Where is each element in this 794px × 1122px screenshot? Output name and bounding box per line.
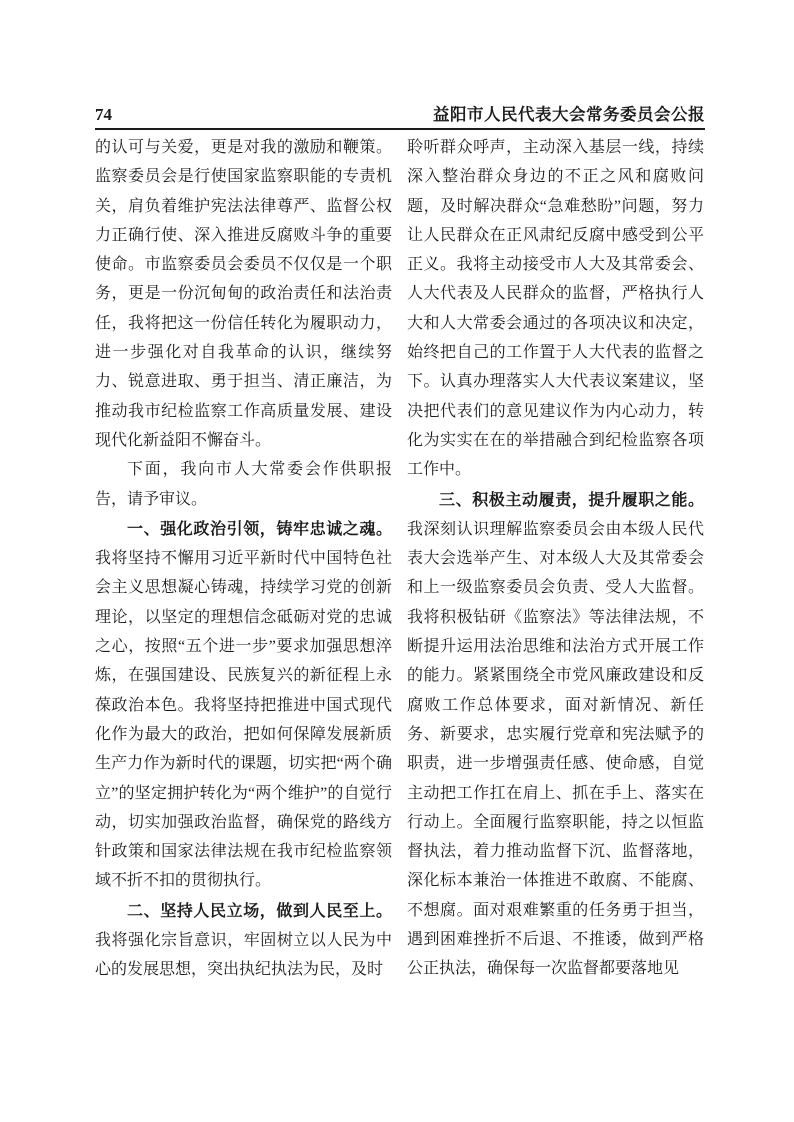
paragraph: 下面，我向市人大常委会作供职报告，请予审议。 [95,455,392,514]
paragraph: 三、积极主动履责，提升履职之能。我深刻认识理解监察委员会由本级人民代表大会选举产… [407,485,704,984]
body-text: 我将坚持不懈用习近平新时代中国特色社会主义思想凝心铸魂，持续学习党的创新理论，以… [95,550,392,889]
page-number: 74 [95,106,112,123]
page-header: 74 益阳市人民代表大会常务委员会公报 [95,106,705,130]
paragraph: 一、强化政治引领，铸牢忠诚之魂。我将坚持不懈用习近平新时代中国特色社会主义思想凝… [95,514,392,896]
body-text: 聆听群众呼声，主动深入基层一线，持续深入整治群众身边的不正之风和腐败问题，及时解… [407,139,704,478]
header-title: 益阳市人民代表大会常务委员会公报 [433,107,705,124]
paragraph: 的认可与关爱，更是对我的激励和鞭策。监察委员会是行使国家监察职能的专责机关，肩负… [95,133,392,455]
section-heading: 三、积极主动履责，提升履职之能。 [439,490,704,509]
section-heading: 二、坚持人民立场，做到人民至上。 [127,901,392,920]
text-column-left: 的认可与关爱，更是对我的激励和鞭策。监察委员会是行使国家监察职能的专责机关，肩负… [95,133,392,985]
section-heading: 一、强化政治引领，铸牢忠诚之魂。 [127,519,392,538]
body-text: 的认可与关爱，更是对我的激励和鞭策。监察委员会是行使国家监察职能的专责机关，肩负… [95,139,392,449]
text-column-right: 聆听群众呼声，主动深入基层一线，持续深入整治群众身边的不正之风和腐败问题，及时解… [407,133,704,985]
document-page: 74 益阳市人民代表大会常务委员会公报 的认可与关爱，更是对我的激励和鞭策。监察… [95,0,705,985]
paragraph: 二、坚持人民立场，做到人民至上。我将强化宗旨意识，牢固树立以人民为中心的发展思想… [95,896,392,985]
body-text: 我深刻认识理解监察委员会由本级人民代表大会选举产生、对本级人大及其常委会和上一级… [407,521,704,977]
page-body: 的认可与关爱，更是对我的激励和鞭策。监察委员会是行使国家监察职能的专责机关，肩负… [95,133,705,985]
paragraph: 聆听群众呼声，主动深入基层一线，持续深入整治群众身边的不正之风和腐败问题，及时解… [407,133,704,485]
body-text: 我将强化宗旨意识，牢固树立以人民为中心的发展思想，突出执纪执法为民，及时 [95,932,392,978]
body-text: 下面，我向市人大常委会作供职报告，请予审议。 [95,461,392,507]
